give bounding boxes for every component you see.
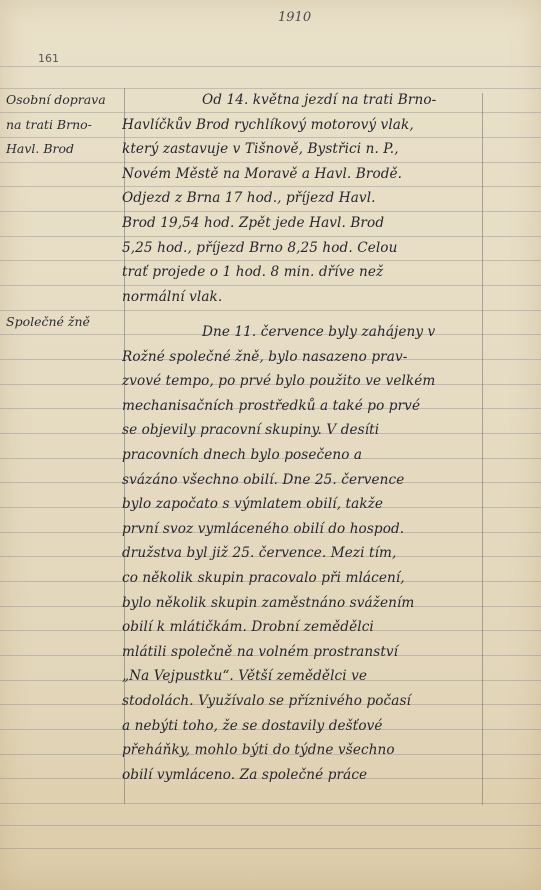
heading-line: Společné žně: [6, 310, 124, 335]
section-heading-passenger-transport: Osobní doprava na trati Brno- Havl. Brod: [6, 88, 124, 162]
text-line: mechanisačních prostředků a také po prvé: [122, 394, 482, 419]
text-line: zvové tempo, po prvé bylo použito ve vel…: [122, 369, 482, 394]
text-line: co několik skupin pracovalo při mlácení,: [122, 566, 482, 591]
text-line: svázáno všechno obilí. Dne 25. července: [122, 468, 482, 493]
text-line: Rožné společné žně, bylo nasazeno prav-: [122, 345, 482, 370]
text-line: který zastavuje v Tišnově, Bystřici n. P…: [122, 137, 482, 162]
ledger-page: 1910 161 Osobní doprava na trati Brno- H…: [0, 0, 541, 890]
text-line: Dne 11. července byly zahájeny v: [122, 320, 482, 345]
text-line: 5,25 hod., příjezd Brno 8,25 hod. Celou: [122, 236, 482, 261]
right-column-rule: [482, 93, 483, 805]
text-line: Brod 19,54 hod. Zpět jede Havl. Brod: [122, 211, 482, 236]
ruled-line: [0, 803, 541, 804]
text-line: Odjezd z Brna 17 hod., příjezd Havl.: [122, 186, 482, 211]
year-header: 1910: [278, 10, 311, 25]
text-line: a nebýti toho, že se dostavily dešťové: [122, 714, 482, 739]
ruled-line: [0, 848, 541, 849]
heading-line: na trati Brno-: [6, 113, 124, 138]
ruled-line: [0, 825, 541, 826]
text-line: se objevily pracovní skupiny. V desíti: [122, 418, 482, 443]
text-line: pracovních dnech bylo posečeno a: [122, 443, 482, 468]
text-line: první svoz vymláceného obilí do hospod.: [122, 517, 482, 542]
section-body-passenger-transport: Od 14. května jezdí na trati Brno- Havlí…: [122, 88, 482, 309]
text-line: bylo několik skupin zaměstnáno svážením: [122, 591, 482, 616]
text-line: mlátili společně na volném prostranství: [122, 640, 482, 665]
text-line: Novém Městě na Moravě a Havl. Brodě.: [122, 162, 482, 187]
ruled-line: [0, 66, 541, 67]
text-line: Od 14. května jezdí na trati Brno-: [122, 88, 482, 113]
section-body-joint-harvest: Dne 11. července byly zahájeny v Rožné s…: [122, 320, 482, 787]
text-line: bylo započato s výmlatem obilí, takže: [122, 492, 482, 517]
text-line: obilí k mlátičkám. Drobní zemědělci: [122, 615, 482, 640]
text-line: trať projede o 1 hod. 8 min. dříve než: [122, 260, 482, 285]
section-heading-joint-harvest: Společné žně: [6, 310, 124, 335]
text-line: stodolách. Využívalo se příznivého počas…: [122, 689, 482, 714]
text-line: Havlíčkův Brod rychlíkový motorový vlak,: [122, 113, 482, 138]
page-number: 161: [38, 52, 59, 65]
text-line: družstva byl již 25. července. Mezi tím,: [122, 541, 482, 566]
text-line: „Na Vejpustku“. Větší zemědělci ve: [122, 664, 482, 689]
text-line: přeháňky, mohlo býti do týdne všechno: [122, 738, 482, 763]
text-line: obilí vymláceno. Za společné práce: [122, 763, 482, 788]
heading-line: Havl. Brod: [6, 137, 124, 162]
text-line: normální vlak.: [122, 285, 482, 310]
heading-line: Osobní doprava: [6, 88, 124, 113]
